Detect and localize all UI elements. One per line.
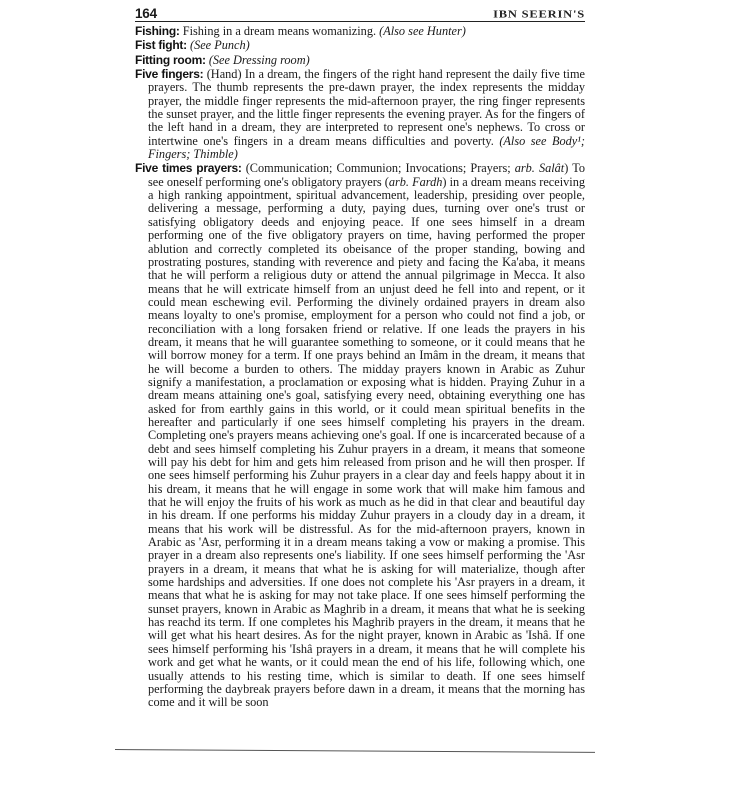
dictionary-entry-fitting-room: Fitting room: (See Dressing room) (135, 54, 585, 67)
arabic-term: arb. Fardh (389, 175, 443, 189)
dictionary-entry-five-times-prayers: Five times prayers: (Communication; Comm… (135, 162, 585, 709)
cross-reference: (Also see Hunter) (379, 24, 466, 38)
entry-text: Fishing in a dream means womanizing. (180, 24, 379, 38)
book-title: IBN SEERIN'S (493, 9, 585, 20)
running-header: 164 IBN SEERIN'S (135, 2, 585, 22)
entry-term: Five times prayers (135, 161, 238, 175)
entry-term: Five fingers (135, 67, 200, 81)
entry-term: Fishing (135, 24, 176, 38)
cross-reference: (See Punch) (190, 38, 250, 52)
dictionary-entry-five-fingers: Five fingers: (Hand) In a dream, the fin… (135, 68, 585, 161)
dictionary-entry-fist-fight: Fist fight: (See Punch) (135, 39, 585, 52)
page-number: 164 (135, 7, 157, 20)
page-bottom-edge (115, 749, 595, 753)
cross-reference: (See Dressing room) (209, 53, 310, 67)
dictionary-entry-fishing: Fishing: Fishing in a dream means womani… (135, 25, 585, 38)
entry-synonyms: (Communication; Communion; Invocations; … (242, 161, 515, 175)
arabic-term: arb. Salât (515, 161, 565, 175)
entry-term: Fist fight (135, 38, 183, 52)
book-page: 164 IBN SEERIN'S Fishing: Fishing in a d… (135, 2, 585, 711)
entry-term: Fitting room (135, 53, 202, 67)
entry-text: ) in a dream means receiving a high rank… (148, 175, 585, 709)
